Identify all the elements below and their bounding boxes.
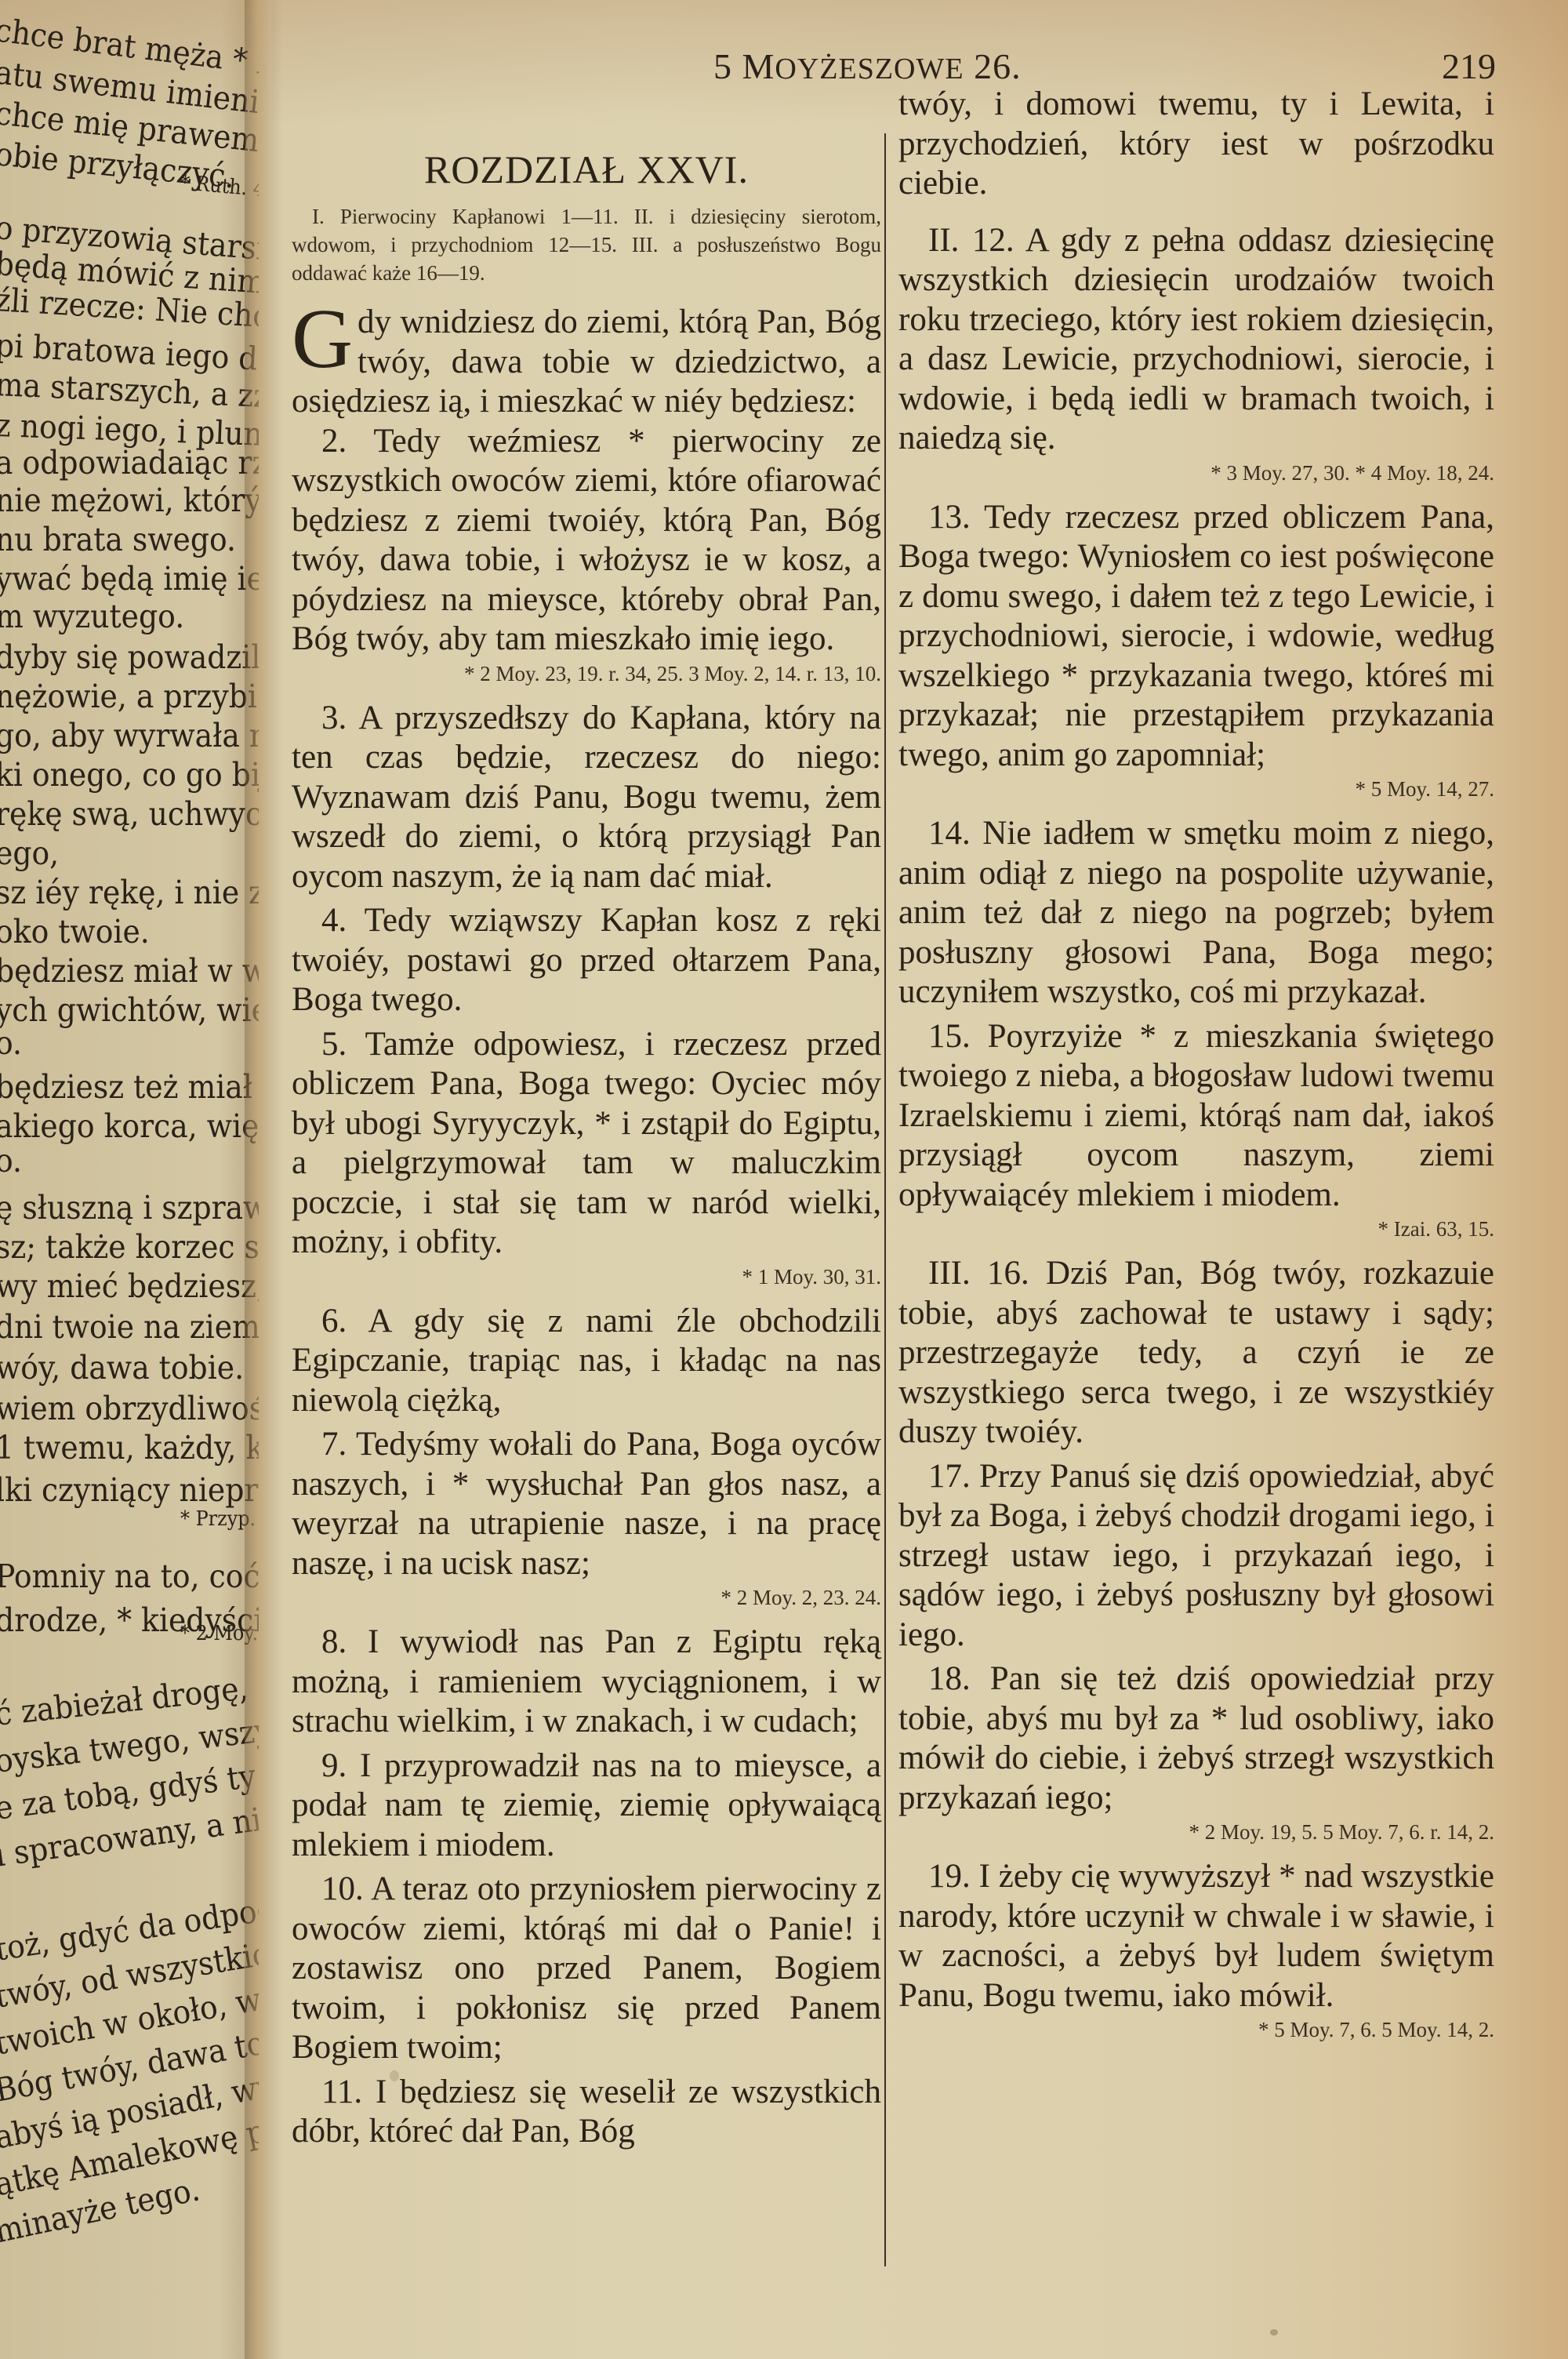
- facing-page-line: sz iéy rękę, i nie zl: [0, 877, 259, 909]
- verse: 3. A przyszedłszy do Kapłana, który na t…: [292, 699, 881, 897]
- facing-page-line: ego,: [0, 838, 59, 870]
- facing-page-line: wóy, dawa tobie.: [0, 1352, 244, 1384]
- verse: 7. Tedyśmy wołali do Pana, Boga oyców na…: [292, 1425, 881, 1583]
- verse-text: I będziesz się weselił ze wszystkich dób…: [292, 2074, 881, 2150]
- verse-text: Tedy rzeczesz przed obliczem Pana, Boga …: [898, 499, 1494, 773]
- facing-page-line: wiem obrzydliwością: [0, 1393, 259, 1425]
- verse-number: 19.: [928, 1858, 979, 1895]
- verse-text: Nie iadłem w smętku moim z niego, anim o…: [898, 815, 1494, 1010]
- verse-number: 5.: [321, 1026, 365, 1063]
- verse-number: 9.: [321, 1747, 360, 1784]
- verse: 11. I będziesz się weselił ze wszystkich…: [292, 2073, 881, 2152]
- drop-cap: G: [292, 306, 353, 373]
- cross-reference: * 5 Moy. 14, 27.: [898, 775, 1494, 803]
- facing-page-line: nie mężowi, którýby n: [0, 485, 259, 517]
- verse-text: I wywiodł nas Pan z Egiptu ręką możną, i…: [292, 1623, 881, 1739]
- paper-spot: [1270, 2329, 1278, 2335]
- verse-text: I żeby cię wywyższył * nad wszystkie nar…: [898, 1858, 1494, 2014]
- verse: 6. A gdy się z nami źle obchodzili Egipc…: [292, 1302, 881, 1421]
- verse: 18. Pan się też dziś opowiedział przy to…: [898, 1659, 1494, 1818]
- facing-page-line: o.: [0, 1145, 22, 1177]
- book-title-rest: OYŻESZOWE: [775, 53, 964, 85]
- verse-text: Tedy wziąwszy Kapłan kosz z ręki twoiéy,…: [292, 902, 881, 1018]
- cross-reference: * 1 Moy. 30, 31.: [292, 1263, 881, 1291]
- verse-text: I przyprowadził nas na to mieysce, a pod…: [292, 1747, 881, 1863]
- verse: III. 16. Dziś Pan, Bóg twóy, rozkazuie t…: [898, 1254, 1494, 1452]
- facing-page-fragment: chce brat męża * mężatu swemu imieniachc…: [0, 0, 259, 2359]
- left-column: ROZDZIAŁ XXVI. I. Pierwociny Kapłanowi 1…: [292, 102, 881, 2157]
- verse-1: Gdy wnidziesz do ziemi, którą Pan, Bóg t…: [292, 303, 881, 422]
- verse: 17. Przy Panuś się dziś opowiedział, aby…: [898, 1457, 1494, 1656]
- facing-page-line: o.: [0, 1027, 22, 1060]
- column-divider: [884, 133, 886, 2266]
- cross-reference: * 2 Moy. 23, 19. r. 34, 25. 3 Moy. 2, 14…: [292, 660, 881, 688]
- verse: II. 12. A gdy z pełna oddasz dziesięcinę…: [898, 221, 1494, 459]
- left-verses: 2. Tedy weźmiesz * pierwociny ze wszystk…: [292, 422, 881, 2157]
- verse-number: II. 12.: [928, 222, 1025, 259]
- facing-page-line: sz; także korzec słus: [0, 1231, 259, 1263]
- facing-page-line: 1 twemu, każdy, któ: [0, 1432, 259, 1464]
- verse-text: Tedy weźmiesz * pierwociny ze wszystkich…: [292, 423, 881, 658]
- facing-page-line: a odpowiadaiąc rzecz: [0, 447, 259, 479]
- page-number: 219: [1442, 45, 1496, 87]
- facing-page-line: ki onego, co go bije: [0, 759, 259, 791]
- facing-page-line: oko twoie.: [0, 916, 150, 948]
- verse-number: 7.: [321, 1426, 356, 1463]
- right-column: twóy, i domowi twemu, ty i Lewita, i prz…: [898, 85, 1494, 2055]
- verse-text: A gdy się z nami źle obchodzili Egipczan…: [292, 1303, 881, 1419]
- verse-number: 18.: [928, 1660, 990, 1697]
- facing-page-line: nu brata swego.: [0, 524, 236, 556]
- facing-page-line: m wyzutego.: [0, 601, 184, 633]
- verse-text: dy wnidziesz do ziemi, którą Pan, Bóg tw…: [292, 304, 881, 420]
- chapter-title: ROZDZIAŁ XXVI.: [292, 146, 881, 193]
- facing-page-line: lki czyniący nieprawe: [0, 1474, 259, 1507]
- facing-page-line: ych gwichtów, większ: [0, 994, 259, 1027]
- verse: 13. Tedy rzeczesz przed obliczem Pana, B…: [898, 498, 1494, 776]
- chapter-summary: I. Pierwociny Kapłanowi 1—11. II. i dzie…: [292, 202, 881, 287]
- verse-number: 14.: [928, 815, 982, 852]
- verse-number: 4.: [321, 902, 365, 939]
- verse-number: 17.: [928, 1458, 979, 1495]
- verse-text: Przy Panuś się dziś opowiedział, abyć by…: [898, 1458, 1494, 1653]
- verse-11-continuation: twóy, i domowi twemu, ty i Lewita, i prz…: [898, 85, 1494, 204]
- verse: 19. I żeby cię wywyższył * nad wszystkie…: [898, 1857, 1494, 2016]
- facing-page-line: ę słuszną i szprawiedl: [0, 1192, 259, 1224]
- verse: 15. Poyrzyiże * z mieszkania świętego tw…: [898, 1017, 1494, 1216]
- cross-reference: * 2 Moy. 2, 23. 24.: [292, 1583, 881, 1612]
- verse-number: 3.: [321, 700, 358, 736]
- verse-text: A przyszedłszy do Kapłana, który na ten …: [292, 700, 881, 895]
- facing-page-line: dyby się powadzili z sob: [0, 642, 259, 674]
- facing-page-line: ma starszych, a zz: [0, 369, 259, 413]
- verse: 5. Tamże odpowiesz, i rzeczesz przed obl…: [292, 1025, 881, 1263]
- facing-page-line: wy mieć będziesz, aby: [0, 1270, 259, 1303]
- book-number: 5: [713, 46, 732, 86]
- facing-page-line: go, aby wyrwała mę: [0, 720, 259, 752]
- verse: 10. A teraz oto przyniosłem pierwociny z…: [292, 1870, 881, 2068]
- verse: 8. I wywiodł nas Pan z Egiptu ręką możną…: [292, 1623, 881, 1742]
- verse: 14. Nie iadłem w smętku moim z niego, an…: [898, 814, 1494, 1012]
- verse-number: 2.: [321, 423, 373, 460]
- facing-page-line: Pomniy na to, coć uc: [0, 1561, 259, 1593]
- cross-reference: * Izai. 63, 15.: [898, 1215, 1494, 1243]
- cross-reference: * 5 Moy. 7, 6. 5 Moy. 14, 2.: [898, 2016, 1494, 2044]
- verse-text: Tamże odpowiesz, i rzeczesz przed oblicz…: [292, 1026, 881, 1261]
- verse: 2. Tedy weźmiesz * pierwociny ze wszystk…: [292, 422, 881, 660]
- verse-text: A teraz oto przyniosłem pierwociny z owo…: [292, 1870, 881, 2066]
- book-title-initial: M: [742, 46, 775, 86]
- verse-text: Tedyśmy wołali do Pana, Boga oyców naszy…: [292, 1426, 881, 1582]
- paper-spot: [390, 2070, 399, 2081]
- facing-page-line: nężowie, a przybieżała: [0, 681, 259, 713]
- cross-reference: * 3 Moy. 27, 30. * 4 Moy. 18, 24.: [898, 459, 1494, 487]
- right-verses: II. 12. A gdy z pełna oddasz dziesięcinę…: [898, 221, 1494, 2045]
- verse-text: Poyrzyiże * z mieszkania świętego twoieg…: [898, 1018, 1494, 1213]
- verse-number: 10.: [321, 1870, 371, 1907]
- facing-page-line: dni twoie na ziemi, kt: [0, 1311, 259, 1343]
- facing-page-line: rękę swą, uchwyci: [0, 798, 259, 831]
- verse: 4. Tedy wziąwszy Kapłan kosz z ręki twoi…: [292, 901, 881, 1020]
- verse-number: 6.: [321, 1303, 368, 1339]
- verse-number: 8.: [321, 1623, 368, 1660]
- verse: 9. I przyprowadził nas na to mieysce, a …: [292, 1747, 881, 1866]
- book-gutter: [245, 0, 271, 2359]
- book-title: 5 MOYŻESZOWE 26.: [713, 45, 1022, 87]
- chapter-number: 26.: [974, 46, 1022, 86]
- verse-number: 11.: [321, 2074, 376, 2110]
- facing-page-line: ywać będą imię iego w: [0, 563, 259, 595]
- cross-reference: * 2 Moy. 19, 5. 5 Moy. 7, 6. r. 14, 2.: [898, 1818, 1494, 1846]
- facing-page-line: akiego korca, większ: [0, 1110, 259, 1143]
- verse-number: III. 16.: [928, 1255, 1046, 1292]
- verse-number: 15.: [928, 1018, 988, 1055]
- verse-number: 13.: [928, 499, 984, 536]
- facing-page-line: będziesz miał w wo: [0, 955, 259, 987]
- facing-page-line: będziesz też miał w do: [0, 1071, 259, 1103]
